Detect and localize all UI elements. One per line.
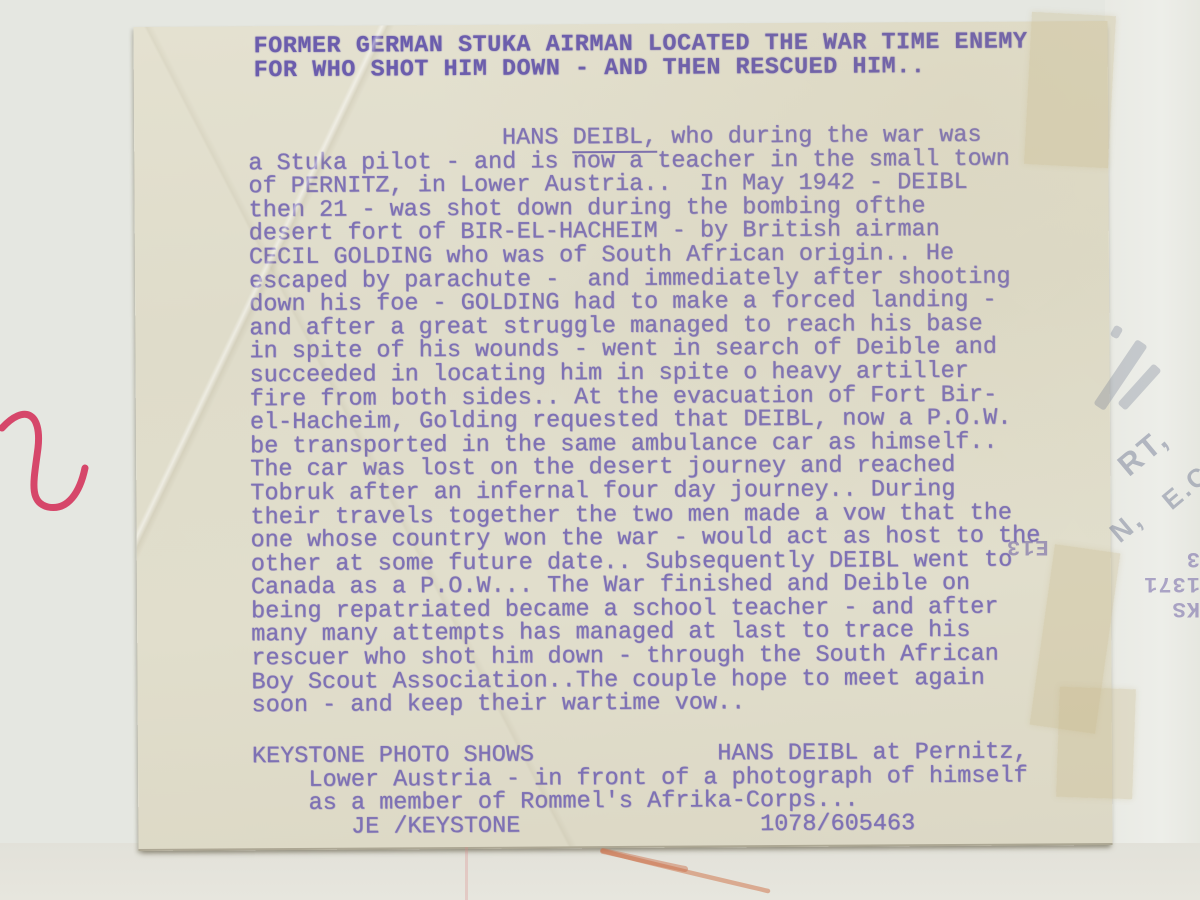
headline: FORMER GERMAN STUKA AIRMAN LOCATED THE W… bbox=[254, 31, 1028, 83]
backing-paper-left bbox=[0, 0, 142, 900]
photo-of-press-caption: FORMER GERMAN STUKA AIRMAN LOCATED THE W… bbox=[0, 0, 1200, 900]
stamp-fragment-inverted: KS 1371 3 bbox=[1142, 546, 1200, 621]
tape-top-right bbox=[1024, 12, 1116, 168]
text-line: soon - and keep their wartime vow.. bbox=[252, 690, 1042, 718]
tape-bottom-right bbox=[1056, 687, 1136, 800]
pink-smudge bbox=[465, 847, 468, 900]
caption-sheet: FORMER GERMAN STUKA AIRMAN LOCATED THE W… bbox=[133, 21, 1112, 851]
headline-line-2: FOR WHO SHOT HIM DOWN - AND THEN RESCUED… bbox=[254, 54, 1028, 82]
text-line: JE /KEYSTONE 1078/605463 bbox=[252, 811, 1028, 839]
credit-block: KEYSTONE PHOTO SHOWS HANS DEIBL at Perni… bbox=[252, 741, 1028, 840]
body-lines: a Stuka pilot - and is now a teacher in … bbox=[248, 147, 1041, 718]
stamp-fragment-inverted: E13 bbox=[1006, 534, 1049, 559]
backing-paper-bottom bbox=[0, 843, 1200, 900]
caption-body: HANS DEIBL, who during the war was a Stu… bbox=[248, 123, 1041, 718]
